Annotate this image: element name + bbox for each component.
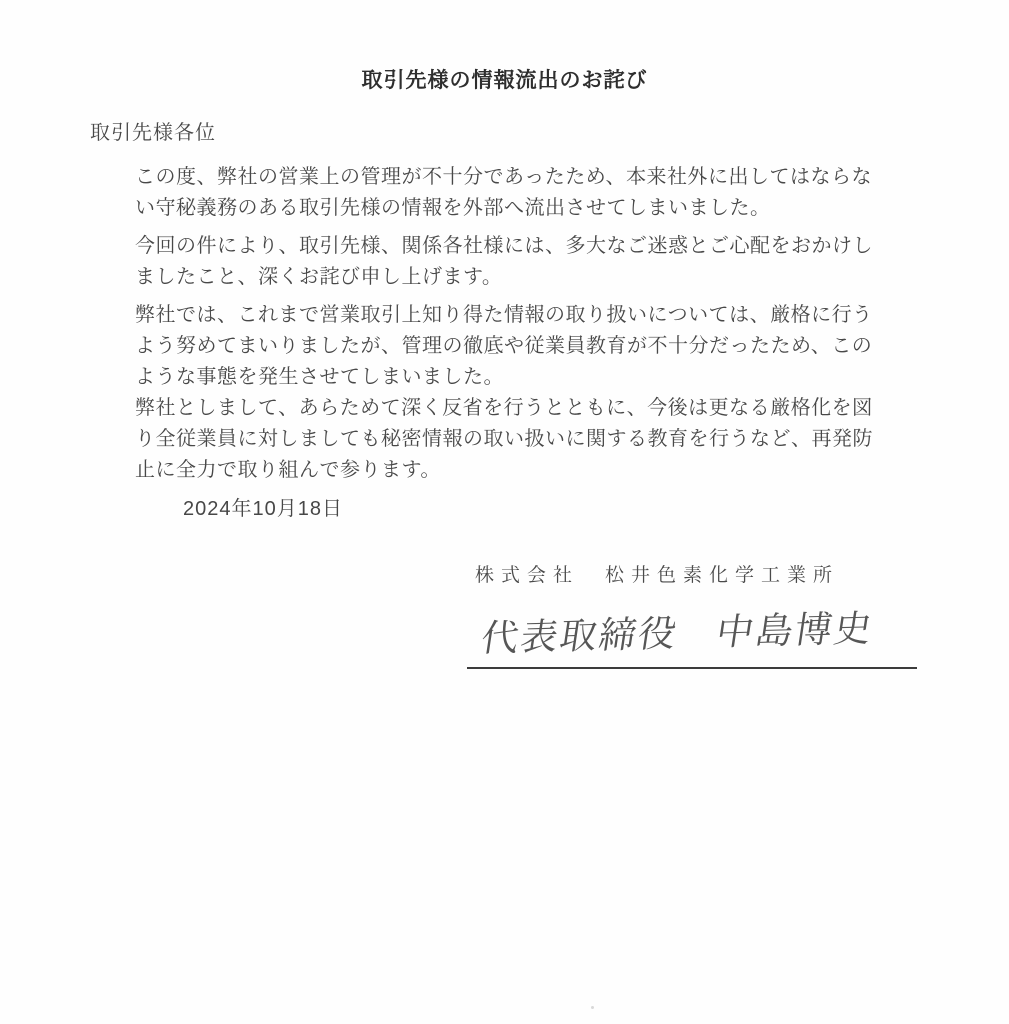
signature-underline: [467, 667, 917, 669]
body-paragraph: 弊社としまして、あらためて深く反省を行うとともに、今後は更なる厳格化を図り全従業…: [135, 393, 891, 486]
signature-handwritten: 代表取締役 中島博史: [478, 598, 878, 662]
scanned-letter-page: 取引先様の情報流出のお詫び 取引先様各位 この度、弊社の営業上の管理が不十分であ…: [0, 0, 1009, 1024]
signature-block: 代表取締役 中島博史: [478, 608, 928, 670]
salutation: 取引先様各位: [90, 116, 216, 145]
body-paragraph: この度、弊社の営業上の管理が不十分であったため、本来社外に出してはならない守秘義…: [135, 162, 891, 224]
body-paragraph: 弊社では、これまで営業取引上知り得た情報の取り扱いについては、厳格に行うよう努め…: [135, 300, 891, 393]
letter-body: この度、弊社の営業上の管理が不十分であったため、本来社外に出してはならない守秘義…: [135, 162, 891, 486]
letter-title: 取引先様の情報流出のお詫び: [0, 64, 1009, 94]
body-paragraph: 今回の件により、取引先様、関係各社様には、多大なご迷惑とご心配をおかけしましたこ…: [135, 231, 891, 293]
date-line: 2024年10月18日: [183, 492, 343, 521]
scan-speck: [591, 1006, 594, 1009]
company-name: 株式会社 松井色素化学工業所: [475, 560, 839, 587]
